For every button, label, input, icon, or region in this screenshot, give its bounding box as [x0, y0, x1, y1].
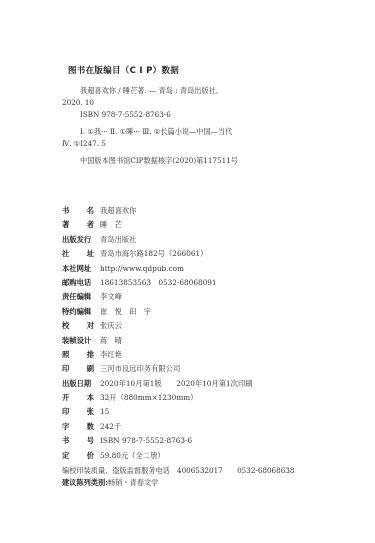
publish-date-value: 2020年10月第1版 2020年10月第1次印刷 [100, 379, 253, 389]
label-char: 价 [87, 451, 94, 461]
website-value: http://www.qdpub.com [100, 264, 184, 273]
label-char: 著 [62, 220, 69, 230]
detail-row-title: 书名 我超喜欢你 [62, 206, 253, 220]
cip-record-number: 中国版本图书馆CIP数据核字(2020)第117511号 [80, 156, 238, 166]
binding-design-value: 蒋 晴 [100, 336, 122, 346]
cip-classification-line-2: Ⅳ. ①I247. 5 [62, 139, 106, 148]
detail-row-price: 定价 59.80元（全二册） [62, 451, 253, 465]
label-char: 本 [87, 393, 94, 403]
detail-row-isbn: 书号 ISBN 978-7-5552-8763-6 [62, 436, 253, 450]
detail-row-special-editor: 特约编辑 崔 悦 田 宇 [62, 307, 253, 321]
binding-design-label: 装帧设计 [62, 336, 94, 346]
label-char: 印 [62, 407, 69, 417]
display-category-label: 建议陈列类别: [62, 478, 108, 487]
detail-row-author: 著者 睡 芒 [62, 220, 253, 234]
publish-date-label: 出版日期 [62, 379, 94, 389]
publisher-label: 出版发行 [62, 235, 94, 245]
isbn-value: ISBN 978-7-5552-8763-6 [100, 436, 192, 445]
detail-row-printer: 印刷 三河市良远印务有限公司 [62, 364, 253, 378]
copyright-page: 图书在版编目（C I P）数据 我超喜欢你 / 睡芒著. — 青岛 : 青岛出版… [0, 0, 375, 543]
typesetting-value: 李红艳 [100, 350, 122, 360]
label-char: 书 [62, 206, 69, 216]
detail-row-design: 装帧设计 蒋 晴 [62, 336, 253, 350]
label-char: 刷 [87, 364, 94, 374]
label-char: 对 [87, 321, 94, 331]
label-char: 排 [87, 350, 94, 360]
format-value: 32开（880mm×1230mm） [100, 393, 197, 403]
label-char: 址 [87, 249, 94, 259]
label-char: 印 [62, 364, 69, 374]
detail-row-publisher: 出版发行 青岛出版社 [62, 235, 253, 249]
publication-details: 书名 我超喜欢你 著者 睡 芒 出版发行 青岛出版社 社址 青岛市海尔路182号… [62, 206, 253, 465]
address-value: 青岛市海尔路182号（266061） [100, 249, 207, 259]
detail-row-publish-date: 出版日期 2020年10月第1版 2020年10月第1次印刷 [62, 379, 253, 393]
detail-row-sheets: 印张 15 [62, 407, 253, 421]
publisher-value: 青岛出版社 [100, 235, 136, 245]
responsible-editor-label: 责任编辑 [62, 292, 94, 302]
cip-title: 图书在版编目（C I P）数据 [68, 64, 179, 76]
quality-hotline: 编校印装质量、盗版监督服务电话 4006532017 0532-68068638 [62, 466, 294, 476]
detail-row-format: 开本 32开（880mm×1230mm） [62, 393, 253, 407]
cip-classification-line: Ⅰ. ①我··· Ⅱ. ①睡··· Ⅲ. ①长篇小说—中国—当代 [80, 127, 232, 137]
detail-row-address: 社址 青岛市海尔路182号（266061） [62, 249, 253, 263]
label-char: 数 [87, 422, 94, 432]
cip-entry-line-1: 我超喜欢你 / 睡芒著. — 青岛 : 青岛出版社, [80, 86, 218, 96]
label-char: 校 [62, 321, 69, 331]
label-char: 者 [87, 220, 94, 230]
detail-row-phone: 邮购电话 18613853563 0532-68068091 [62, 278, 253, 292]
price-value: 59.80元（全二册） [100, 451, 165, 461]
label-char: 照 [62, 350, 69, 360]
responsible-editor-value: 李文峰 [100, 292, 122, 302]
printer-value: 三河市良远印务有限公司 [100, 364, 180, 374]
cip-isbn-line: ISBN 978-7-5552-8763-6 [80, 110, 171, 119]
mail-order-phone-label: 邮购电话 [62, 278, 94, 288]
label-char: 号 [87, 436, 94, 446]
label-char: 定 [62, 451, 69, 461]
detail-row-word-count: 字数 242千 [62, 422, 253, 436]
label-char: 书 [62, 436, 69, 446]
author-value: 睡 芒 [100, 220, 122, 230]
website-label: 本社网址 [62, 264, 94, 274]
label-char: 开 [62, 393, 69, 403]
label-char: 字 [62, 422, 69, 432]
mail-order-phone-value: 18613853563 0532-68068091 [100, 278, 217, 288]
display-category: 建议陈列类别:畅销・青春文学 [62, 478, 158, 488]
detail-row-website: 本社网址 http://www.qdpub.com [62, 264, 253, 278]
printed-sheets-value: 15 [100, 407, 109, 416]
book-title-value: 我超喜欢你 [100, 206, 136, 216]
special-editor-label: 特约编辑 [62, 307, 94, 317]
proofreader-value: 张庆云 [100, 321, 122, 331]
detail-row-editor: 责任编辑 李文峰 [62, 292, 253, 306]
detail-row-typesetting: 照排 李红艳 [62, 350, 253, 364]
detail-row-proofreader: 校对 张庆云 [62, 321, 253, 335]
label-char: 张 [87, 407, 94, 417]
cip-entry-line-2: 2020. 10 [62, 98, 94, 107]
label-char: 社 [62, 249, 69, 259]
display-category-value: 畅销・青春文学 [108, 478, 158, 487]
word-count-value: 242千 [100, 422, 121, 432]
label-char: 名 [87, 206, 94, 216]
special-editor-value: 崔 悦 田 宇 [100, 307, 151, 317]
